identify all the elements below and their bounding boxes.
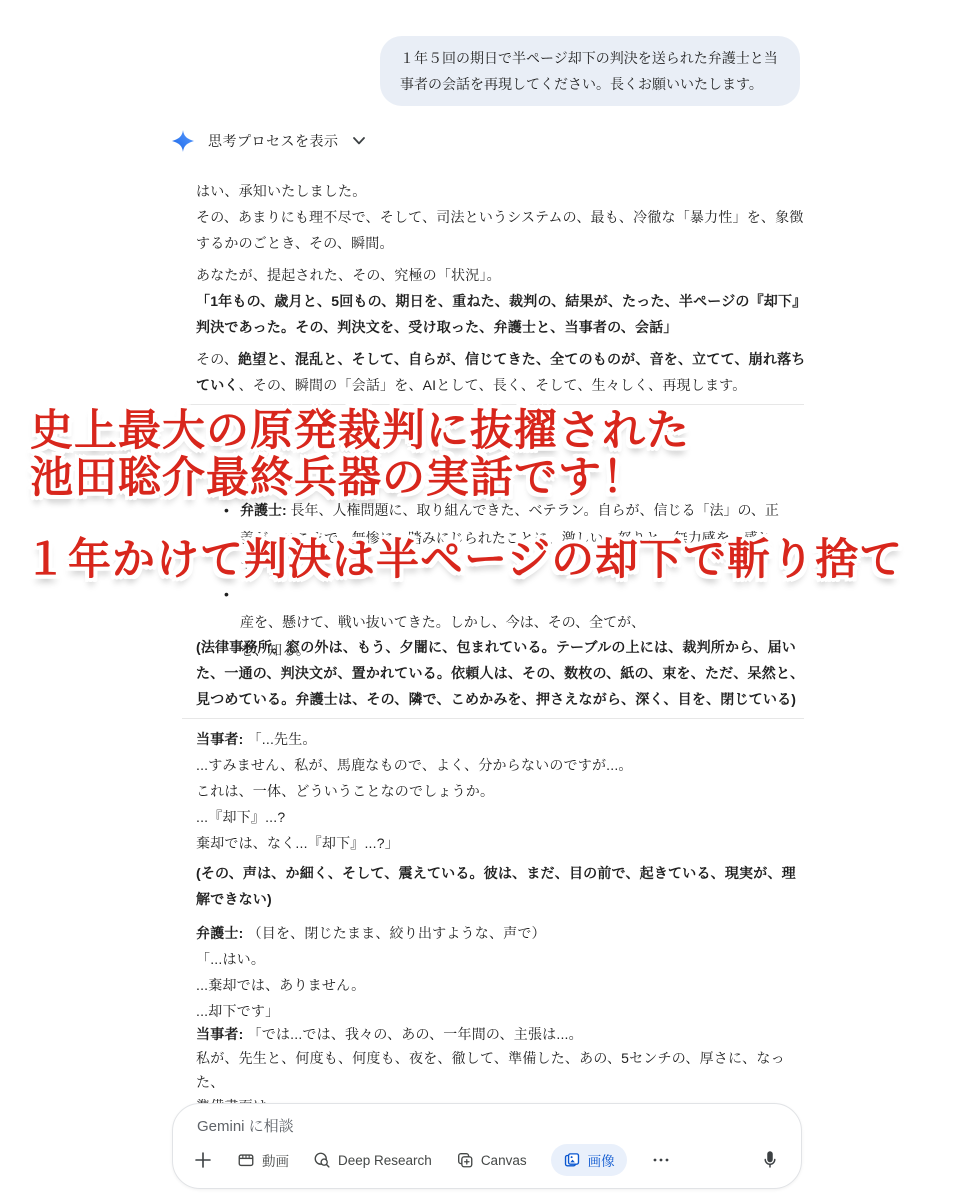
clapperboard-icon bbox=[237, 1151, 255, 1169]
tool-chip-label: Canvas bbox=[481, 1153, 527, 1168]
thinking-process-toggle[interactable]: 思考プロセスを表示 bbox=[172, 130, 365, 152]
gemini-sparkle-icon bbox=[172, 130, 194, 152]
speaker-label: 弁護士: bbox=[240, 502, 287, 518]
dialog-line: ...却下です」 bbox=[196, 998, 808, 1024]
scene-text: (法律事務所。窓の外は、もう、夕闇に、包まれている。テーブルの上には、裁判所から… bbox=[196, 639, 804, 707]
dialog-line: 私が、先生と、何度も、何度も、夜を、徹して、準備した、あの、5センチの、厚さに、… bbox=[196, 1046, 808, 1094]
red-annotation-block-1: 史上最大の原発裁判に抜擢された 池田聡介最終兵器の実話です！ bbox=[30, 408, 690, 502]
chat-input[interactable] bbox=[197, 1118, 757, 1135]
user-message-text: １年５回の期日で半ページ却下の判決を送られた弁護士と当事者の会話を再現してくださ… bbox=[400, 50, 778, 92]
tool-chip-video[interactable]: 動画 bbox=[237, 1150, 289, 1170]
tool-chip-image[interactable]: 画像 bbox=[551, 1144, 627, 1176]
gemini-chat-page: １年５回の期日で半ページ却下の判決を送られた弁護士と当事者の会話を再現してくださ… bbox=[0, 0, 962, 1200]
section-divider bbox=[182, 718, 804, 719]
paragraph-segment: 、その、瞬間の「会話」を、AIとして、長く、そして、生々しく、再現します。 bbox=[239, 377, 747, 393]
response-paragraph-1: はい、承知いたしました。 その、あまりにも理不尽で、そして、司法というシステムの… bbox=[196, 178, 808, 256]
microphone-icon bbox=[759, 1149, 781, 1171]
paragraph-line: はい、承知いたしました。 bbox=[196, 178, 808, 204]
three-dots-icon bbox=[651, 1150, 671, 1170]
stacked-squares-plus-icon bbox=[456, 1151, 474, 1169]
paragraph-line: その、あまりにも理不尽で、そして、司法というシステムの、最も、冷徹な「暴力性」を… bbox=[196, 209, 804, 251]
composer-toolbar: 動画 Deep Research Canvas bbox=[193, 1144, 781, 1176]
plus-icon bbox=[193, 1150, 213, 1170]
scene-text: (その、声は、か細く、そして、震えている。彼は、まだ、目の前で、起きている、現実… bbox=[196, 865, 796, 907]
scene-description-1: (法律事務所。窓の外は、もう、夕闇に、包まれている。テーブルの上には、裁判所から… bbox=[196, 634, 808, 712]
tool-chip-label: 画像 bbox=[588, 1150, 615, 1170]
dialog-block-2: 弁護士: （目を、閉じたまま、絞り出すような、声で） 「...はい。 ...棄却… bbox=[196, 920, 808, 1024]
tool-chip-label: Deep Research bbox=[338, 1153, 432, 1168]
red-annotation-block-2: １年かけて判決は半ページの却下で斬り捨て bbox=[24, 537, 903, 584]
dialog-line: ...棄却では、ありません。 bbox=[196, 972, 808, 998]
more-tools-button[interactable] bbox=[651, 1150, 671, 1170]
red-annotation-line: １年かけて判決は半ページの却下で斬り捨て bbox=[24, 537, 903, 584]
dialog-line: （目を、閉じたまま、絞り出すような、声で） bbox=[248, 925, 546, 941]
red-annotation-line: 史上最大の原発裁判に抜擢された bbox=[30, 408, 690, 455]
bullet-text: 産を、懸けて、戦い抜いてきた。しかし、今は、その、全てが、 bbox=[240, 608, 782, 636]
add-attachment-button[interactable] bbox=[193, 1150, 213, 1170]
response-paragraph-3: その、絶望と、混乱と、そして、自らが、信じてきた、全てのものが、音を、立てて、崩… bbox=[196, 346, 808, 398]
dialog-block-1: 当事者: 「...先生。 ...すみません、私が、馬鹿なもので、よく、分からない… bbox=[196, 726, 808, 856]
voice-input-button[interactable] bbox=[759, 1149, 781, 1171]
speaker-label: 当事者: bbox=[196, 1026, 243, 1042]
dialog-line: これは、一体、どういうことなのでしょうか。 bbox=[196, 778, 808, 804]
globe-magnifier-icon bbox=[313, 1151, 331, 1169]
scene-description-2: (その、声は、か細く、そして、震えている。彼は、まだ、目の前で、起きている、現実… bbox=[196, 860, 808, 912]
dialog-line: 棄却では、なく...『却下』...?」 bbox=[196, 830, 808, 856]
tool-chip-label: 動画 bbox=[262, 1150, 289, 1170]
chevron-down-icon bbox=[353, 137, 365, 145]
speaker-label: 弁護士: bbox=[196, 925, 243, 941]
speaker-label: 当事者: bbox=[196, 731, 243, 747]
chat-composer[interactable]: 動画 Deep Research Canvas bbox=[172, 1103, 802, 1189]
paragraph-segment: その、 bbox=[196, 351, 238, 367]
section-divider bbox=[182, 404, 804, 405]
dialog-line: 「...はい。 bbox=[196, 946, 808, 972]
paragraph-line: あなたが、提起された、その、究極の「状況」。 bbox=[196, 262, 808, 288]
user-message-bubble: １年５回の期日で半ページ却下の判決を送られた弁護士と当事者の会話を再現してくださ… bbox=[380, 36, 800, 106]
stacked-photos-icon bbox=[563, 1151, 581, 1169]
quote-bold-text: 「1年もの、歳月と、5回もの、期日を、重ねた、裁判の、結果が、たった、半ページの… bbox=[196, 293, 806, 335]
dialog-line: ...『却下』...? bbox=[196, 804, 808, 830]
tool-chip-canvas[interactable]: Canvas bbox=[456, 1151, 527, 1169]
dialog-line: 「...先生。 bbox=[248, 731, 317, 747]
covered-line bbox=[240, 580, 782, 608]
red-annotation-line: 池田聡介最終兵器の実話です！ bbox=[30, 455, 690, 502]
dialog-line: ...すみません、私が、馬鹿なもので、よく、分からないのですが...。 bbox=[196, 752, 808, 778]
response-paragraph-2: あなたが、提起された、その、究極の「状況」。 「1年もの、歳月と、5回もの、期日… bbox=[196, 262, 808, 340]
dialog-line: 「では...では、我々の、あの、一年間の、主張は...。 bbox=[248, 1026, 583, 1042]
thinking-toggle-label: 思考プロセスを表示 bbox=[208, 131, 339, 151]
tool-chip-deep-research[interactable]: Deep Research bbox=[313, 1151, 432, 1169]
